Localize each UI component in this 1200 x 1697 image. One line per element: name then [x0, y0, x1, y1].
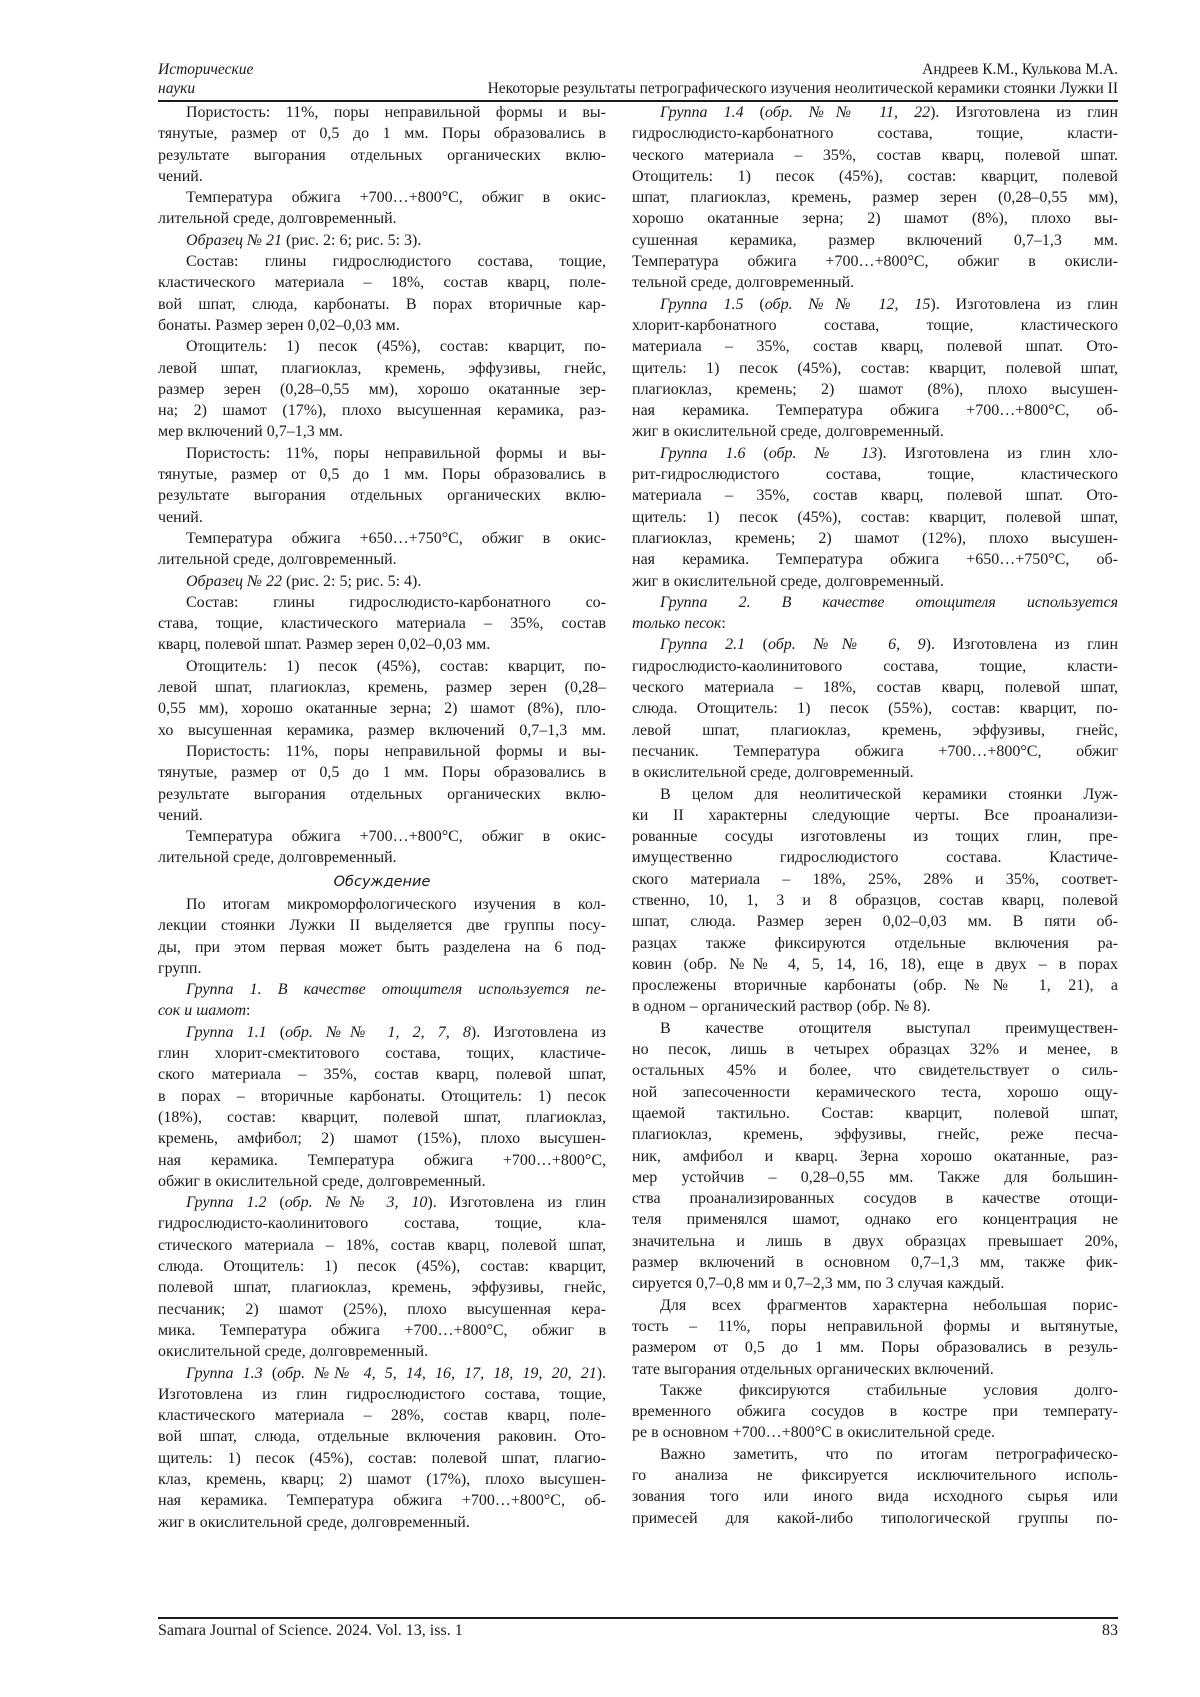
text-line: в одном – органический раствор (обр. № 8… — [632, 996, 1118, 1017]
text-line: жиг в окислительной среде, долговременны… — [632, 571, 1118, 592]
text-run: разцах также фиксируются отдельные включ… — [632, 935, 1118, 952]
text-line: полевой шпат, плагиоклаз, кремень, эффуз… — [158, 1277, 606, 1298]
text-run: ского материала – 35%, состав кварц, пол… — [158, 1066, 606, 1083]
text-run: Температура обжига +700…+800°С, обжиг в … — [632, 253, 1118, 270]
text-line: ная керамика. Температура обжига +650…+7… — [632, 549, 1118, 570]
text-line: шпат, слюда. Размер зерен 0,02–0,03 мм. … — [632, 911, 1118, 932]
article-title: Некоторые результаты петрографического и… — [488, 79, 1118, 98]
text-run: : — [246, 1002, 250, 1019]
text-run: ческого материала – 18%, состав кварц, п… — [632, 679, 1118, 696]
text-line: ческого материала – 35%, состав кварц, п… — [632, 145, 1118, 166]
text-run: ная керамика. Температура обжига +700…+8… — [158, 1492, 606, 1509]
text-run: лительной среде, долговременный. — [158, 849, 397, 866]
text-line: кварц, полевой шпат. Размер зерен 0,02–0… — [158, 634, 606, 655]
text-run: (обр. №№ 12, 15). Изготовлена из глин — [743, 296, 1118, 313]
text-line: теля применялся шамот, однако его концен… — [632, 1209, 1118, 1230]
text-line: ческого материала – 18%, состав кварц, п… — [632, 677, 1118, 698]
text-run: чений. — [158, 807, 203, 824]
text-run: тельной среде, долговременный. — [632, 274, 854, 291]
text-line: групп. — [158, 958, 606, 979]
text-line: Группа 1.4 (обр. №№ 11, 22). Изготовлена… — [632, 102, 1118, 123]
text-run: остальных 45% и более, что свидетельству… — [632, 1062, 1118, 1079]
section-name: Исторические науки — [158, 60, 253, 98]
text-line: Важно заметить, что по итогам петрографи… — [632, 1444, 1118, 1465]
text-line: гидрослюдисто-каолинитового состава, тощ… — [632, 656, 1118, 677]
text-run: ды, при этом первая может быть разделена… — [158, 939, 606, 956]
text-run: значительна и лишь в двух образцах превы… — [632, 1233, 1118, 1250]
text-run: 0,55 мм), хорошо окатанные зерна; 2) шам… — [158, 700, 606, 717]
text-run: Температура обжига +700…+800°С, обжиг в … — [186, 189, 606, 206]
journal-page: Исторические науки Андреев К.М., Кульков… — [158, 60, 1118, 102]
text-line: лительной среде, долговременный. — [158, 549, 606, 570]
text-run: клаз, кремень, кварц; 2) шамот (17%), пл… — [158, 1471, 606, 1488]
text-run: Температура обжига +700…+800°С, обжиг в … — [186, 828, 606, 845]
text-line: По итогам микроморфологического изучения… — [158, 894, 606, 915]
text-line: материала – 35%, состав кварц, полевой ш… — [632, 485, 1118, 506]
text-line: (18%), состав: кварцит, полевой шпат, пл… — [158, 1107, 606, 1128]
text-run: прослежены вторичные карбонаты (обр. №№ … — [632, 977, 1118, 994]
text-line: рованные сосуды изготовлены из тощих гли… — [632, 826, 1118, 847]
text-run: материала – 35%, состав кварц, полевой ш… — [632, 338, 1118, 355]
text-line: сируется 0,7–0,8 мм и 0,7–2,3 мм, по 3 с… — [632, 1273, 1118, 1294]
text-run: стического материала – 18%, состав кварц… — [158, 1237, 606, 1254]
text-line: песчаник; 2) шамот (25%), плохо высушенн… — [158, 1299, 606, 1320]
text-run: в одном – органический раствор (обр. № 8… — [632, 998, 931, 1015]
text-run: ная керамика. Температура обжига +700…+8… — [632, 402, 1118, 419]
text-line: в порах – вторичные карбонаты. Отощитель… — [158, 1086, 606, 1107]
text-line: размером от 0,5 до 1 мм. Поры образовали… — [632, 1337, 1118, 1358]
text-line: Температура обжига +700…+800°С, обжиг в … — [632, 251, 1118, 272]
text-line: Отощитель: 1) песок (45%), состав: кварц… — [158, 336, 606, 357]
text-line: ского материала – 35%, состав кварц, пол… — [158, 1064, 606, 1085]
text-run: (обр. №№ 3, 10). Изготовлена из глин — [266, 1194, 606, 1211]
italic-run: Группа 1.5 — [660, 296, 743, 313]
text-run: : — [721, 615, 725, 632]
italic-run: Образец № 21 — [186, 232, 282, 249]
text-run: гидрослюдисто-карбонатного состава, тощи… — [632, 125, 1118, 142]
text-run: (рис. 2: 5; рис. 5: 4). — [282, 573, 421, 590]
text-line: жиг в окислительной среде, долговременны… — [158, 1512, 606, 1533]
text-line: ки II характерны следующие черты. Все пр… — [632, 805, 1118, 826]
text-line: лительной среде, долговременный. — [158, 208, 606, 229]
text-run: ковин (обр. №№ 4, 5, 14, 16, 18), еще в … — [632, 956, 1118, 973]
text-run: результате выгорания отдельных органичес… — [158, 487, 606, 504]
text-run: (обр. №№ 1, 2, 7, 8). Изготовлена из — [267, 1024, 606, 1041]
text-line: в окислительной среде, долговременный. — [632, 762, 1118, 783]
italic-run: Группа 1. В качестве отощителя используе… — [186, 981, 606, 998]
text-line: остальных 45% и более, что свидетельству… — [632, 1060, 1118, 1081]
text-run: мер включений 0,7–1,3 мм. — [158, 423, 343, 440]
text-run: По итогам микроморфологического изучения… — [186, 896, 606, 913]
text-line: гидрослюдисто-каолинитового состава, тощ… — [158, 1213, 606, 1234]
text-line: Состав: глины гидрослюдистого состава, т… — [158, 251, 606, 272]
text-line: ковин (обр. №№ 4, 5, 14, 16, 18), еще в … — [632, 954, 1118, 975]
text-run: Пористость: 11%, поры неправильной формы… — [186, 104, 606, 121]
text-run: Отощитель: 1) песок (45%), состав: кварц… — [186, 658, 606, 675]
text-line: Образец № 22 (рис. 2: 5; рис. 5: 4). — [158, 571, 606, 592]
text-line: окислительной среде, долговременный. — [158, 1341, 606, 1362]
text-run: хо высушенная керамика, размер включений… — [158, 722, 606, 739]
text-run: имущественно гидрослюдистого состава. Кл… — [632, 849, 1118, 866]
text-line: тате выгорания отдельных органических вк… — [632, 1359, 1118, 1380]
text-run: примесей для какой-либо типологической г… — [632, 1510, 1118, 1527]
text-line: Группа 1.2 (обр. №№ 3, 10). Изготовлена … — [158, 1192, 606, 1213]
text-line: левой шпат, плагиоклаз, кремень, эффузив… — [158, 358, 606, 379]
text-run: (рис. 2: 6; рис. 5: 3). — [282, 232, 421, 249]
text-run: зования того или иного вида исходного сы… — [632, 1488, 1118, 1505]
text-run: ческого материала – 35%, состав кварц, п… — [632, 147, 1118, 164]
text-line: 0,55 мм), хорошо окатанные зерна; 2) шам… — [158, 698, 606, 719]
text-run: В качестве отощителя выступал преимущест… — [660, 1020, 1118, 1037]
text-line: размер включений в основном 0,7–1,3 мм, … — [632, 1252, 1118, 1273]
text-line: ства проанализированных сосудов в качест… — [632, 1188, 1118, 1209]
text-run: обжиг в окислительной среде, долговремен… — [158, 1173, 486, 1190]
text-line: ственно, 10, 1, 3 и 8 образцов, состав к… — [632, 890, 1118, 911]
text-run: слюда. Отощитель: 1) песок (45%), состав… — [158, 1258, 606, 1275]
text-line: но песок, лишь в четырех образцах 32% и … — [632, 1039, 1118, 1060]
text-line: лекции стоянки Лужки II выделяется две г… — [158, 915, 606, 936]
text-line: слюда. Отощитель: 1) песок (55%), состав… — [632, 698, 1118, 719]
text-line: ре в основном +700…+800°С в окислительно… — [632, 1422, 1118, 1443]
text-run: материала – 35%, состав кварц, полевой ш… — [632, 487, 1118, 504]
text-line: бонаты. Размер зерен 0,02–0,03 мм. — [158, 315, 606, 336]
text-line: примесей для какой-либо типологической г… — [632, 1508, 1118, 1529]
text-line: Также фиксируются стабильные условия дол… — [632, 1380, 1118, 1401]
text-run: тянутые, размер от 0,5 до 1 мм. Поры обр… — [158, 125, 606, 142]
text-line: на; 2) шамот (17%), плохо высушенная кер… — [158, 400, 606, 421]
text-run: чений. — [158, 509, 203, 526]
page-number: 83 — [1102, 1622, 1118, 1640]
text-line: Группа 2.1 (обр. №№ 6, 9). Изготовлена и… — [632, 634, 1118, 655]
text-line: ник, амфибол и кварц. Зерна хорошо оката… — [632, 1146, 1118, 1167]
text-line: Группа 1.6 (обр. № 13). Изготовлена из г… — [632, 443, 1118, 464]
text-line: результате выгорания отдельных органичес… — [158, 485, 606, 506]
text-line: Образец № 21 (рис. 2: 6; рис. 5: 3). — [158, 230, 606, 251]
text-run: Также фиксируются стабильные условия дол… — [660, 1382, 1118, 1399]
footer-rule — [158, 1617, 1118, 1619]
text-run: Для всех фрагментов характерна небольшая… — [660, 1297, 1118, 1314]
text-run: глин хлорит-смектитового состава, тощих,… — [158, 1045, 606, 1062]
text-line: кремень, амфибол; 2) шамот (15%), плохо … — [158, 1128, 606, 1149]
text-line: Для всех фрагментов характерна небольшая… — [632, 1295, 1118, 1316]
text-run: плагиоклаз, кремень; 2) шамот (8%), плох… — [632, 381, 1118, 398]
text-line: тельной среде, долговременный. — [632, 272, 1118, 293]
text-line: Температура обжига +700…+800°С, обжиг в … — [158, 826, 606, 847]
journal-citation: Samara Journal of Science. 2024. Vol. 13… — [158, 1622, 463, 1640]
text-line: значительна и лишь в двух образцах превы… — [632, 1231, 1118, 1252]
text-line: Группа 1. В качестве отощителя используе… — [158, 979, 606, 1000]
italic-run: Группа 1.1 — [186, 1024, 267, 1041]
text-line: Группа 1.5 (обр. №№ 12, 15). Изготовлена… — [632, 294, 1118, 315]
text-run: Пористость: 11%, поры неправильной формы… — [186, 445, 606, 462]
text-run: гидрослюдисто-каолинитового состава, тощ… — [158, 1215, 606, 1232]
text-line: хо высушенная керамика, размер включений… — [158, 720, 606, 741]
text-line: хлорит-карбонатного состава, тощие, клас… — [632, 315, 1118, 336]
text-run: ки II характерны следующие черты. Все пр… — [632, 807, 1118, 824]
text-run: (обр. №№ 4, 5, 14, 16, 17, 18, 19, 20, 2… — [263, 1365, 606, 1382]
text-run: щаемой тактильно. Состав: кварцит, полев… — [632, 1105, 1118, 1122]
text-line: кластического материала – 28%, состав кв… — [158, 1405, 606, 1426]
text-run: тате выгорания отдельных органических вк… — [632, 1361, 994, 1378]
text-line: го анализа не фиксируется исключительног… — [632, 1465, 1118, 1486]
text-line: Отощитель: 1) песок (45%), состав: кварц… — [632, 166, 1118, 187]
text-line: только песок: — [632, 613, 1118, 634]
text-run: полевой шпат, плагиоклаз, кремень, эффуз… — [158, 1279, 606, 1296]
text-line: тость – 11%, поры неправильной формы и в… — [632, 1316, 1118, 1337]
text-line: става, тощие, кластического материала – … — [158, 613, 606, 634]
text-line: щитель: 1) песок (45%), состав: кварцит,… — [632, 507, 1118, 528]
text-line: сок и шамот: — [158, 1000, 606, 1021]
text-run: левой шпат, плагиоклаз, кремень, размер … — [158, 679, 606, 696]
text-run: жиг в окислительной среде, долговременны… — [158, 1514, 470, 1531]
text-run: Изготовлена из глин гидрослюдистого сост… — [158, 1386, 606, 1403]
text-line: прослежены вторичные карбонаты (обр. №№ … — [632, 975, 1118, 996]
text-run: теля применялся шамот, однако его концен… — [632, 1211, 1118, 1228]
text-run: кварц, полевой шпат. Размер зерен 0,02–0… — [158, 636, 490, 653]
text-run: ства проанализированных сосудов в качест… — [632, 1190, 1118, 1207]
text-run: жиг в окислительной среде, долговременны… — [632, 573, 944, 590]
text-line: сушенная керамика, размер включений 0,7–… — [632, 230, 1118, 251]
text-run: Отощитель: 1) песок (45%), состав: кварц… — [632, 168, 1118, 185]
text-run: временного обжига сосудов в костре при т… — [632, 1403, 1118, 1420]
text-run: бонаты. Размер зерен 0,02–0,03 мм. — [158, 317, 400, 334]
text-run: (18%), состав: кварцит, полевой шпат, пл… — [158, 1109, 606, 1126]
text-line: тянутые, размер от 0,5 до 1 мм. Поры обр… — [158, 464, 606, 485]
text-line: кластического материала – 18%, состав кв… — [158, 272, 606, 293]
text-run: Отощитель: 1) песок (45%), состав: кварц… — [186, 338, 606, 355]
text-run: мика. Температура обжига +700…+800°С, об… — [158, 1322, 606, 1339]
text-line: жиг в окислительной среде, долговременны… — [632, 421, 1118, 442]
text-run: левой шпат, плагиоклаз, кремень, эффузив… — [632, 722, 1118, 739]
italic-run: Группа 1.2 — [186, 1194, 266, 1211]
text-line: Пористость: 11%, поры неправильной формы… — [158, 443, 606, 464]
text-run: лительной среде, долговременный. — [158, 551, 397, 568]
text-run: хлорит-карбонатного состава, тощие, клас… — [632, 317, 1118, 334]
text-run: шпат, слюда. Размер зерен 0,02–0,03 мм. … — [632, 913, 1118, 930]
text-run: щитель: 1) песок (45%), состав: полевой … — [158, 1450, 606, 1467]
text-run: Важно заметить, что по итогам петрографи… — [660, 1446, 1118, 1463]
text-run: тянутые, размер от 0,5 до 1 мм. Поры обр… — [158, 764, 606, 781]
text-line: ной запесоченности керамического теста, … — [632, 1082, 1118, 1103]
text-run: Состав: глины гидрослюдистого состава, т… — [186, 253, 606, 270]
text-run: го анализа не фиксируется исключительног… — [632, 1467, 1118, 1484]
text-line: слюда. Отощитель: 1) песок (45%), состав… — [158, 1256, 606, 1277]
text-line: мер устойчив – 0,28–0,55 мм. Также для б… — [632, 1167, 1118, 1188]
text-line: ды, при этом первая может быть разделена… — [158, 937, 606, 958]
text-line: плагиоклаз, кремень; 2) шамот (12%), пло… — [632, 528, 1118, 549]
text-run: вой шпат, слюда, карбонаты. В порах втор… — [158, 296, 606, 313]
text-line: ная керамика. Температура обжига +700…+8… — [632, 400, 1118, 421]
text-line: стического материала – 18%, состав кварц… — [158, 1235, 606, 1256]
text-line: ского материала – 18%, 25%, 28% и 35%, с… — [632, 869, 1118, 890]
text-run: тянутые, размер от 0,5 до 1 мм. Поры обр… — [158, 466, 606, 483]
text-line: ная керамика. Температура обжига +700…+8… — [158, 1490, 606, 1511]
text-run: результате выгорания отдельных органичес… — [158, 786, 606, 803]
text-run: слюда. Отощитель: 1) песок (55%), состав… — [632, 700, 1118, 717]
text-run: песчаник; 2) шамот (25%), плохо высушенн… — [158, 1301, 606, 1318]
text-line: материала – 35%, состав кварц, полевой ш… — [632, 336, 1118, 357]
right-column: Группа 1.4 (обр. №№ 11, 22). Изготовлена… — [632, 102, 1118, 1529]
text-line: Пористость: 11%, поры неправильной формы… — [158, 741, 606, 762]
section-name-line1: Исторические — [158, 60, 253, 79]
text-line: вой шпат, слюда, карбонаты. В порах втор… — [158, 294, 606, 315]
text-line: глин хлорит-смектитового состава, тощих,… — [158, 1043, 606, 1064]
section-name-line2: науки — [158, 79, 253, 98]
text-line: хорошо окатанные зерна; 2) шамот (8%), п… — [632, 208, 1118, 229]
text-run: тость – 11%, поры неправильной формы и в… — [632, 1318, 1118, 1335]
text-line: ная керамика. Температура обжига +700…+8… — [158, 1150, 606, 1171]
text-line: тянутые, размер от 0,5 до 1 мм. Поры обр… — [158, 762, 606, 783]
italic-run: Группа 1.4 — [660, 104, 744, 121]
text-line: чений. — [158, 507, 606, 528]
text-line: результате выгорания отдельных органичес… — [158, 145, 606, 166]
text-run: ского материала – 18%, 25%, 28% и 35%, с… — [632, 871, 1118, 888]
text-line: Группа 1.3 (обр. №№ 4, 5, 14, 16, 17, 18… — [158, 1363, 606, 1384]
text-line: плагиоклаз, кремень; 2) шамот (8%), плох… — [632, 379, 1118, 400]
text-run: рованные сосуды изготовлены из тощих гли… — [632, 828, 1118, 845]
running-header: Исторические науки Андреев К.М., Кульков… — [158, 60, 1118, 102]
text-line: мер включений 0,7–1,3 мм. — [158, 421, 606, 442]
text-run: в порах – вторичные карбонаты. Отощитель… — [158, 1088, 606, 1105]
text-run: сируется 0,7–0,8 мм и 0,7–2,3 мм, по 3 с… — [632, 1275, 1004, 1292]
italic-run: Образец № 22 — [186, 573, 282, 590]
text-line: Изготовлена из глин гидрослюдистого сост… — [158, 1384, 606, 1405]
text-run: кремень, амфибол; 2) шамот (15%), плохо … — [158, 1130, 606, 1147]
text-line: В целом для неолитической керамики стоян… — [632, 784, 1118, 805]
left-column: Пористость: 11%, поры неправильной формы… — [158, 102, 606, 1533]
text-run: но песок, лишь в четырех образцах 32% и … — [632, 1041, 1118, 1058]
text-line: размер зерен (0,28–0,55 мм), хорошо окат… — [158, 379, 606, 400]
text-run: ной запесоченности керамического теста, … — [632, 1084, 1118, 1101]
text-line: щаемой тактильно. Состав: кварцит, полев… — [632, 1103, 1118, 1124]
text-run: жиг в окислительной среде, долговременны… — [632, 423, 944, 440]
italic-run: Группа 2.1 — [660, 636, 745, 653]
text-run: размер зерен (0,28–0,55 мм), хорошо окат… — [158, 381, 606, 398]
text-run: кластического материала – 18%, состав кв… — [158, 274, 606, 291]
text-run: гидрослюдисто-каолинитового состава, тощ… — [632, 658, 1118, 675]
text-run: ник, амфибол и кварц. Зерна хорошо оката… — [632, 1148, 1118, 1165]
text-run: групп. — [158, 960, 201, 977]
text-run: ная керамика. Температура обжига +650…+7… — [632, 551, 1118, 568]
text-run: щитель: 1) песок (45%), состав: кварцит,… — [632, 509, 1118, 526]
text-line: левой шпат, плагиоклаз, кремень, размер … — [158, 677, 606, 698]
text-run: размером от 0,5 до 1 мм. Поры образовали… — [632, 1339, 1118, 1356]
text-line: клаз, кремень, кварц; 2) шамот (17%), пл… — [158, 1469, 606, 1490]
text-line: мика. Температура обжига +700…+800°С, об… — [158, 1320, 606, 1341]
text-line: чений. — [158, 166, 606, 187]
text-run: плагиоклаз, кремень, эффузивы, гнейс, ре… — [632, 1126, 1118, 1143]
text-line: зования того или иного вида исходного сы… — [632, 1486, 1118, 1507]
text-run: Состав: глины гидрослюдисто-карбонатного… — [186, 594, 606, 611]
text-run: ная керамика. Температура обжига +700…+8… — [158, 1152, 606, 1169]
italic-run: сок и шамот — [158, 1002, 246, 1019]
text-line: плагиоклаз, кремень, эффузивы, гнейс, ре… — [632, 1124, 1118, 1145]
text-line: Состав: глины гидрослюдисто-карбонатного… — [158, 592, 606, 613]
text-run: окислительной среде, долговременный. — [158, 1343, 428, 1360]
text-run: щитель: 1) песок (45%), состав: кварцит,… — [632, 360, 1118, 377]
text-line: Температура обжига +700…+800°С, обжиг в … — [158, 187, 606, 208]
text-run: става, тощие, кластического материала – … — [158, 615, 606, 632]
authors: Андреев К.М., Кулькова М.А. — [922, 60, 1118, 79]
text-line: результате выгорания отдельных органичес… — [158, 784, 606, 805]
italic-run: Группа 1.3 — [186, 1365, 263, 1382]
text-run: Пористость: 11%, поры неправильной формы… — [186, 743, 606, 760]
text-line: вой шпат, слюда, отдельные включения рак… — [158, 1426, 606, 1447]
text-run: лекции стоянки Лужки II выделяется две г… — [158, 917, 606, 934]
section-heading: Обсуждение — [158, 872, 606, 893]
text-line: Пористость: 11%, поры неправильной формы… — [158, 102, 606, 123]
text-run: шпат, плагиоклаз, кремень, размер зерен … — [632, 189, 1118, 206]
text-line: чений. — [158, 805, 606, 826]
text-run: размер включений в основном 0,7–1,3 мм, … — [632, 1254, 1118, 1271]
text-run: вой шпат, слюда, отдельные включения рак… — [158, 1428, 606, 1445]
text-run: чений. — [158, 168, 203, 185]
text-run: плагиоклаз, кремень; 2) шамот (12%), пло… — [632, 530, 1118, 547]
text-run: на; 2) шамот (17%), плохо высушенная кер… — [158, 402, 606, 419]
text-run: рит-гидрослюдистого состава, тощие, клас… — [632, 466, 1118, 483]
text-line: щитель: 1) песок (45%), состав: полевой … — [158, 1448, 606, 1469]
text-run: в окислительной среде, долговременный. — [632, 764, 914, 781]
text-line: временного обжига сосудов в костре при т… — [632, 1401, 1118, 1422]
text-run: мер устойчив – 0,28–0,55 мм. Также для б… — [632, 1169, 1118, 1186]
text-run: (обр. №№ 6, 9). Изготовлена из глин — [745, 636, 1118, 653]
text-run: В целом для неолитической керамики стоян… — [660, 786, 1118, 803]
text-run: хорошо окатанные зерна; 2) шамот (8%), п… — [632, 210, 1118, 227]
text-line: имущественно гидрослюдистого состава. Кл… — [632, 847, 1118, 868]
text-line: левой шпат, плагиоклаз, кремень, эффузив… — [632, 720, 1118, 741]
text-run: сушенная керамика, размер включений 0,7–… — [632, 232, 1118, 249]
text-line: разцах также фиксируются отдельные включ… — [632, 933, 1118, 954]
text-run: левой шпат, плагиоклаз, кремень, эффузив… — [158, 360, 606, 377]
text-line: гидрослюдисто-карбонатного состава, тощи… — [632, 123, 1118, 144]
text-line: песчаник. Температура обжига +700…+800°С… — [632, 741, 1118, 762]
text-line: тянутые, размер от 0,5 до 1 мм. Поры обр… — [158, 123, 606, 144]
text-run: ре в основном +700…+800°С в окислительно… — [632, 1424, 995, 1441]
text-run: (обр. №№ 11, 22). Изготовлена из глин — [744, 104, 1118, 121]
text-run: лительной среде, долговременный. — [158, 210, 397, 227]
text-line: обжиг в окислительной среде, долговремен… — [158, 1171, 606, 1192]
text-line: шпат, плагиоклаз, кремень, размер зерен … — [632, 187, 1118, 208]
text-line: рит-гидрослюдистого состава, тощие, клас… — [632, 464, 1118, 485]
text-run: кластического материала – 28%, состав кв… — [158, 1407, 606, 1424]
text-run: ственно, 10, 1, 3 и 8 образцов, состав к… — [632, 892, 1118, 909]
text-line: В качестве отощителя выступал преимущест… — [632, 1018, 1118, 1039]
text-line: щитель: 1) песок (45%), состав: кварцит,… — [632, 358, 1118, 379]
text-line: Группа 1.1 (обр. №№ 1, 2, 7, 8). Изготов… — [158, 1022, 606, 1043]
italic-run: Группа 2. В качестве отощителя используе… — [660, 594, 1118, 611]
text-line: Отощитель: 1) песок (45%), состав: кварц… — [158, 656, 606, 677]
text-run: Температура обжига +650…+750°С, обжиг в … — [186, 530, 606, 547]
italic-run: только песок — [632, 615, 721, 632]
italic-run: Группа 1.6 — [660, 445, 745, 462]
text-run: песчаник. Температура обжига +700…+800°С… — [632, 743, 1118, 760]
text-line: Температура обжига +650…+750°С, обжиг в … — [158, 528, 606, 549]
text-line: лительной среде, долговременный. — [158, 847, 606, 868]
text-line: Группа 2. В качестве отощителя используе… — [632, 592, 1118, 613]
text-run: результате выгорания отдельных органичес… — [158, 147, 606, 164]
text-run: (обр. № 13). Изготовлена из глин хло- — [745, 445, 1118, 462]
